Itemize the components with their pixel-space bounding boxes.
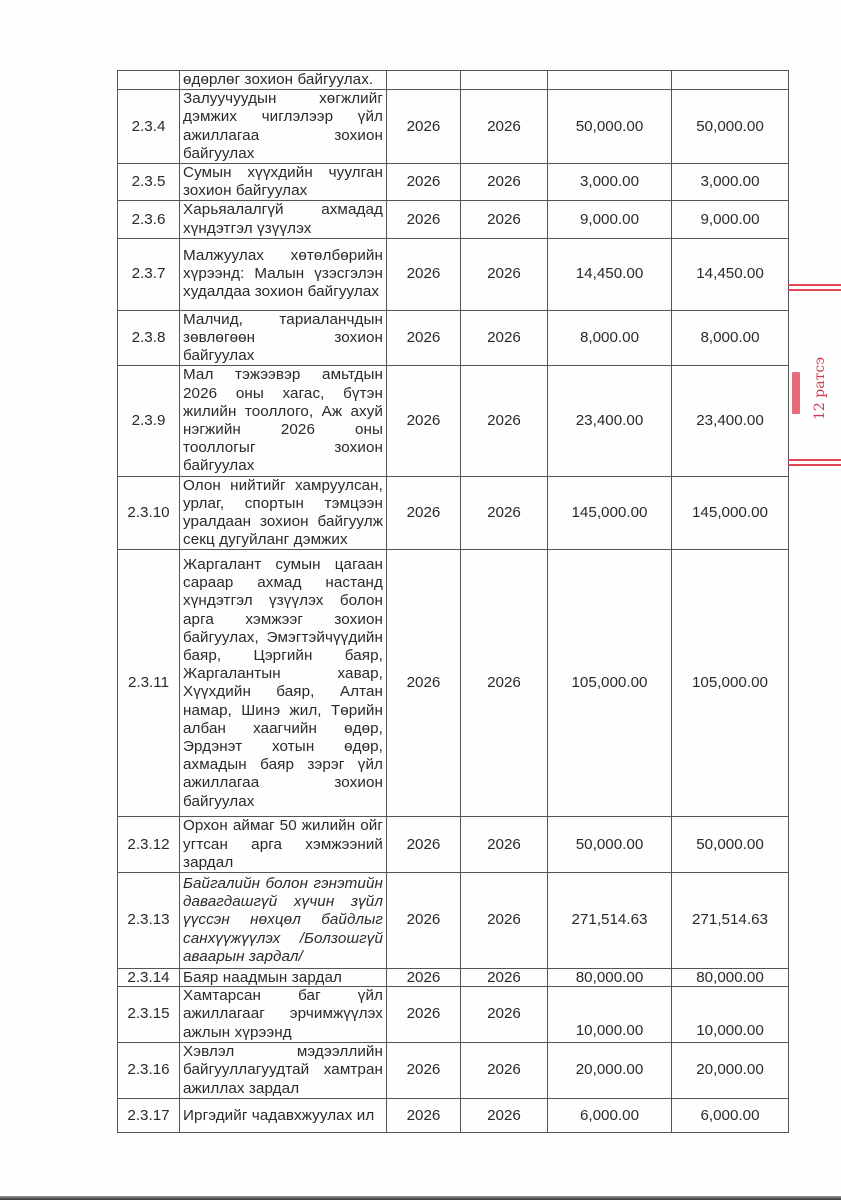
- amount-total-cell: 8,000.00: [672, 310, 789, 366]
- amount-total-cell: 6,000.00: [672, 1099, 789, 1133]
- item-code-cell: 2.3.10: [118, 476, 180, 550]
- activity-description-cell: Орхон аймаг 50 жилийн ойг угтсан арга хэ…: [180, 817, 387, 873]
- start-year-cell: [387, 71, 461, 90]
- activity-description-cell: Байгалийн болон гэнэтийн давагдашгүй хүч…: [180, 873, 387, 969]
- end-year-cell: 2026: [461, 969, 548, 987]
- end-year-cell: 2026: [461, 476, 548, 550]
- activity-description-cell: өдөрлөг зохион байгуулах.: [180, 71, 387, 90]
- activity-description-cell: Хэвлэл мэдээллийн байгууллагуудтай хамтр…: [180, 1043, 387, 1099]
- start-year-cell: 2026: [387, 366, 461, 476]
- table-row: 2.3.4Залуучуудын хөгжлийг дэмжих чиглэлэ…: [118, 90, 789, 164]
- amount-total-cell: 105,000.00: [672, 550, 789, 817]
- end-year-cell: [461, 71, 548, 90]
- start-year-cell: 2026: [387, 987, 461, 1043]
- end-year-cell: 2026: [461, 1099, 548, 1133]
- item-code-cell: 2.3.7: [118, 238, 180, 310]
- stamp-mark: [792, 372, 800, 414]
- amount-total-cell: 80,000.00: [672, 969, 789, 987]
- start-year-cell: 2026: [387, 1043, 461, 1099]
- table-row: 2.3.13Байгалийн болон гэнэтийн давагдашг…: [118, 873, 789, 969]
- activity-description-cell: Залуучуудын хөгжлийг дэмжих чиглэлээр үй…: [180, 90, 387, 164]
- amount-total-cell: 271,514.63: [672, 873, 789, 969]
- amount-total-cell: 20,000.00: [672, 1043, 789, 1099]
- table-row: 2.3.5Сумын хүүхдийн чуулган зохион байгу…: [118, 164, 789, 201]
- amount-planned-cell: 9,000.00: [548, 201, 672, 238]
- amount-total-cell: 10,000.00: [672, 987, 789, 1043]
- amount-planned-cell: 10,000.00: [548, 987, 672, 1043]
- end-year-cell: 2026: [461, 90, 548, 164]
- table-row: 2.3.14Баяр наадмын зардал2026202680,000.…: [118, 969, 789, 987]
- amount-planned-cell: 271,514.63: [548, 873, 672, 969]
- table-row: 2.3.7Малжуулах хөтөлбөрийн хүрээнд: Малы…: [118, 238, 789, 310]
- activity-description-cell: Сумын хүүхдийн чуулган зохион байгуулах: [180, 164, 387, 201]
- item-code-cell: 2.3.6: [118, 201, 180, 238]
- start-year-cell: 2026: [387, 550, 461, 817]
- end-year-cell: 2026: [461, 1043, 548, 1099]
- end-year-cell: 2026: [461, 817, 548, 873]
- amount-total-cell: 3,000.00: [672, 164, 789, 201]
- amount-planned-cell: 105,000.00: [548, 550, 672, 817]
- amount-planned-cell: 50,000.00: [548, 90, 672, 164]
- activity-description-cell: Жаргалант сумын цагаан сараар ахмад наст…: [180, 550, 387, 817]
- budget-table: өдөрлөг зохион байгуулах.2.3.4Залуучууды…: [117, 70, 789, 1133]
- table-row: 2.3.17Иргэдийг чадавхжуулах ил202620266,…: [118, 1099, 789, 1133]
- activity-description-cell: Иргэдийг чадавхжуулах ил: [180, 1099, 387, 1133]
- table-row: 2.3.9Мал тэжээвэр амьтдын 2026 оны хагас…: [118, 366, 789, 476]
- amount-total-cell: 145,000.00: [672, 476, 789, 550]
- item-code-cell: 2.3.4: [118, 90, 180, 164]
- start-year-cell: 2026: [387, 310, 461, 366]
- table-row: 2.3.11Жаргалант сумын цагаан сараар ахма…: [118, 550, 789, 817]
- scan-edge: [0, 1196, 841, 1200]
- stamp-border-line: [788, 284, 841, 286]
- stamp-handwriting: 12 ратсэ: [812, 350, 832, 420]
- activity-description-cell: Малчид, тариаланчдын зөвлөгөөн зохион ба…: [180, 310, 387, 366]
- amount-planned-cell: 6,000.00: [548, 1099, 672, 1133]
- start-year-cell: 2026: [387, 817, 461, 873]
- amount-total-cell: 14,450.00: [672, 238, 789, 310]
- start-year-cell: 2026: [387, 1099, 461, 1133]
- start-year-cell: 2026: [387, 201, 461, 238]
- item-code-cell: 2.3.12: [118, 817, 180, 873]
- end-year-cell: 2026: [461, 873, 548, 969]
- amount-planned-cell: [548, 71, 672, 90]
- table-row: 2.3.6Харьяалалгүй ахмадад хүндэтгэл үзүү…: [118, 201, 789, 238]
- activity-description-cell: Олон нийтийг хамруулсан, урлаг, спортын …: [180, 476, 387, 550]
- amount-planned-cell: 50,000.00: [548, 817, 672, 873]
- end-year-cell: 2026: [461, 238, 548, 310]
- amount-planned-cell: 20,000.00: [548, 1043, 672, 1099]
- amount-total-cell: 50,000.00: [672, 817, 789, 873]
- stamp-border-line: [788, 464, 841, 466]
- table-row: 2.3.16Хэвлэл мэдээллийн байгууллагуудтай…: [118, 1043, 789, 1099]
- amount-planned-cell: 145,000.00: [548, 476, 672, 550]
- activity-description-cell: Баяр наадмын зардал: [180, 969, 387, 987]
- end-year-cell: 2026: [461, 164, 548, 201]
- item-code-cell: [118, 71, 180, 90]
- activity-description-cell: Малжуулах хөтөлбөрийн хүрээнд: Малын үзэ…: [180, 238, 387, 310]
- amount-planned-cell: 80,000.00: [548, 969, 672, 987]
- amount-planned-cell: 3,000.00: [548, 164, 672, 201]
- amount-total-cell: 9,000.00: [672, 201, 789, 238]
- start-year-cell: 2026: [387, 90, 461, 164]
- item-code-cell: 2.3.11: [118, 550, 180, 817]
- table-row: өдөрлөг зохион байгуулах.: [118, 71, 789, 90]
- start-year-cell: 2026: [387, 238, 461, 310]
- start-year-cell: 2026: [387, 969, 461, 987]
- activity-description-cell: Мал тэжээвэр амьтдын 2026 оны хагас, бүт…: [180, 366, 387, 476]
- start-year-cell: 2026: [387, 476, 461, 550]
- end-year-cell: 2026: [461, 987, 548, 1043]
- item-code-cell: 2.3.14: [118, 969, 180, 987]
- amount-total-cell: [672, 71, 789, 90]
- activity-description-cell: Хамтарсан баг үйл ажиллагааг эрчимжүүлэх…: [180, 987, 387, 1043]
- stamp-border-line: [788, 459, 841, 461]
- amount-planned-cell: 14,450.00: [548, 238, 672, 310]
- activity-description-cell: Харьяалалгүй ахмадад хүндэтгэл үзүүлэх: [180, 201, 387, 238]
- start-year-cell: 2026: [387, 873, 461, 969]
- item-code-cell: 2.3.17: [118, 1099, 180, 1133]
- amount-total-cell: 23,400.00: [672, 366, 789, 476]
- end-year-cell: 2026: [461, 201, 548, 238]
- item-code-cell: 2.3.5: [118, 164, 180, 201]
- item-code-cell: 2.3.8: [118, 310, 180, 366]
- start-year-cell: 2026: [387, 164, 461, 201]
- end-year-cell: 2026: [461, 550, 548, 817]
- table-row: 2.3.8Малчид, тариаланчдын зөвлөгөөн зохи…: [118, 310, 789, 366]
- end-year-cell: 2026: [461, 366, 548, 476]
- item-code-cell: 2.3.13: [118, 873, 180, 969]
- amount-planned-cell: 23,400.00: [548, 366, 672, 476]
- table-row: 2.3.15Хамтарсан баг үйл ажиллагааг эрчим…: [118, 987, 789, 1043]
- amount-total-cell: 50,000.00: [672, 90, 789, 164]
- table-row: 2.3.10Олон нийтийг хамруулсан, урлаг, сп…: [118, 476, 789, 550]
- item-code-cell: 2.3.9: [118, 366, 180, 476]
- amount-planned-cell: 8,000.00: [548, 310, 672, 366]
- document-page: өдөрлөг зохион байгуулах.2.3.4Залуучууды…: [0, 0, 841, 1200]
- end-year-cell: 2026: [461, 310, 548, 366]
- item-code-cell: 2.3.15: [118, 987, 180, 1043]
- table-row: 2.3.12Орхон аймаг 50 жилийн ойг угтсан а…: [118, 817, 789, 873]
- item-code-cell: 2.3.16: [118, 1043, 180, 1099]
- stamp-border-line: [788, 289, 841, 291]
